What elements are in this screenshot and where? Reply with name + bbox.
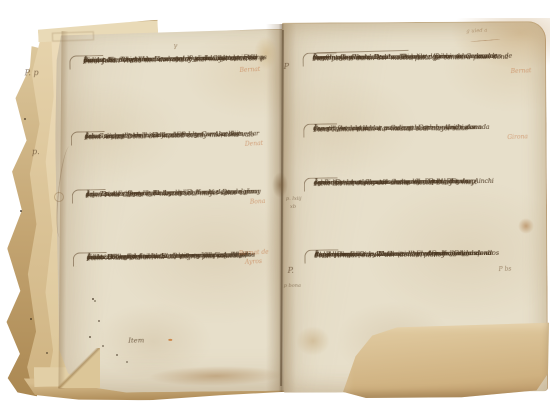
text-line: Barch. a ll pdors. <box>313 53 368 63</box>
margin-side-mark: P bs <box>498 266 511 274</box>
right-page-text-layer: g uied a P p. lxiij xb P. p bona Item pe… <box>0 0 555 416</box>
corner-scribble-icon <box>470 39 500 42</box>
manuscript-photograph: γ P. p p. Item Johan Vivian tien der ces… <box>0 0 555 416</box>
margin-mark: p. lxiij <box>286 196 302 202</box>
folio-corner-note: g uied a <box>466 28 487 35</box>
rubric-side-note: Girona <box>507 133 528 141</box>
margin-mark: P <box>284 62 289 71</box>
rubric-side-note: Bernat <box>511 67 532 75</box>
margin-mark: p bona <box>284 283 301 289</box>
margin-mark: P. <box>288 266 294 275</box>
text-line: et b pdor. <box>313 124 372 134</box>
margin-mark: xb <box>290 204 296 210</box>
text-line: Et ll pdos. <box>314 250 351 260</box>
text-line: combas promanellas de Cadaonnlo. Et b pd… <box>314 177 460 188</box>
